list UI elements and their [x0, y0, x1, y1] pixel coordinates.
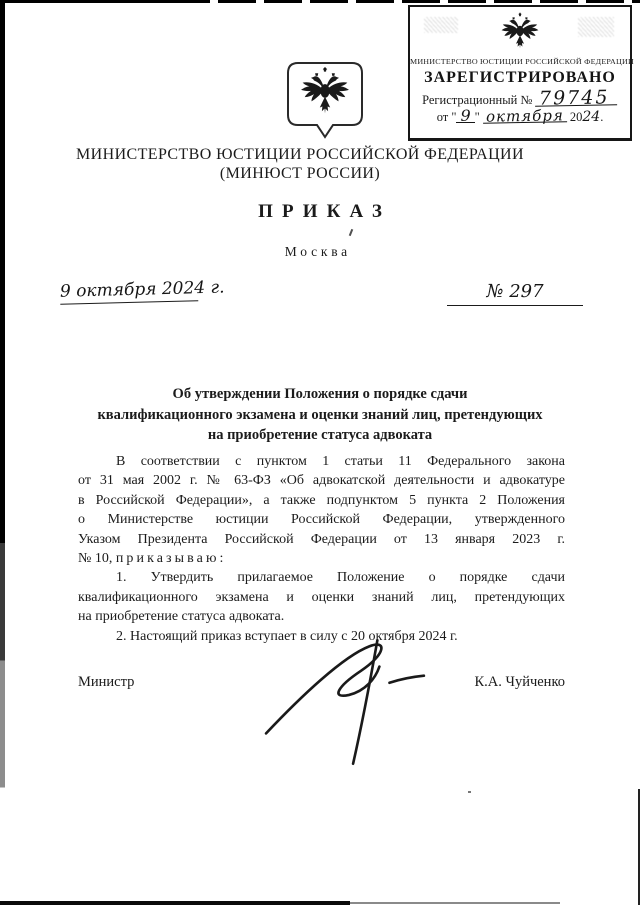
paragraph-1-line: от 31 мая 2002 г. № 63-ФЗ «Об адвокатско… — [78, 471, 565, 490]
shield-eagle-icon — [286, 61, 364, 143]
stamp-ministry-line: МИНИСТЕРСТВО ЮСТИЦИИ РОССИЙСКОЙ ФЕДЕРАЦИ… — [410, 57, 630, 66]
ministry-name: МИНИСТЕРСТВО ЮСТИЦИИ РОССИЙСКОЙ ФЕДЕРАЦИ… — [0, 146, 600, 165]
stamp-date-period: . — [600, 110, 603, 124]
scan-edge-bottom-light — [350, 902, 560, 904]
signer-name: К.А. Чуйченко — [475, 674, 566, 691]
paragraph-1-line: о Министерстве юстиции Российской Федера… — [78, 510, 565, 529]
stamp-reg-number-handwritten: 79745 — [535, 90, 618, 106]
stamp-date-year-handwritten: 24 — [582, 109, 600, 125]
order-body: В соответствии с пунктом 1 статьи 11 Фед… — [78, 452, 565, 646]
paragraph-1-last-line: № 10, приказываю: — [78, 549, 565, 568]
stamp-date-quote: " — [475, 110, 480, 124]
scan-edge-top-dashes — [172, 0, 640, 3]
scan-edge-left — [0, 0, 5, 905]
order-title-line2: квалификационного экзамена и оценки знан… — [0, 405, 640, 426]
scan-speck — [468, 791, 471, 793]
ministry-short-name: (МИНЮСТ РОССИИ) — [0, 165, 600, 184]
handwritten-number: № 297 — [447, 281, 583, 306]
paragraph-2-line: квалификационного экзамена и оценки знан… — [78, 588, 565, 607]
handwritten-date: 9 октября 2024 г. — [60, 278, 199, 305]
order-title-line3: на приобретение статуса адвоката — [0, 425, 640, 446]
coat-of-arms-emblem — [286, 61, 364, 143]
paragraph-2-last-line: на приобретение статуса адвоката. — [78, 607, 565, 626]
city-label: Москва — [0, 244, 632, 260]
paragraph-2-line: 1. Утвердить прилагаемое Положение о пор… — [78, 568, 565, 587]
registration-stamp: МИНИСТЕРСТВО ЮСТИЦИИ РОССИЙСКОЙ ФЕДЕРАЦИ… — [408, 5, 632, 141]
stamp-date: от "9" октября 2024. — [410, 109, 630, 125]
stamp-date-day-handwritten: 9 — [456, 110, 474, 123]
stamp-smudge-left — [424, 17, 458, 33]
stamp-date-year-printed: 20 — [570, 110, 583, 124]
stamp-date-prefix: от " — [437, 110, 457, 124]
scanned-order-document: МИНИСТЕРСТВО ЮСТИЦИИ РОССИЙСКОЙ ФЕДЕРАЦИ… — [0, 0, 640, 905]
signer-role: Министр — [78, 674, 134, 691]
scan-edge-top — [0, 0, 172, 3]
order-verb-emphasis: приказываю: — [116, 551, 227, 566]
stamp-date-month-handwritten: октября — [483, 109, 567, 123]
paragraph-1-line: В соответствии с пунктом 1 статьи 11 Фед… — [78, 452, 565, 471]
paragraph-1-number-ref: № 10, — [78, 551, 112, 566]
order-title-line1: Об утверждении Положения о порядке сдачи — [0, 384, 640, 405]
stamp-registered-label: ЗАРЕГИСТРИРОВАНО — [410, 69, 630, 87]
scan-tick-mark — [349, 229, 353, 236]
stamp-reg-label: Регистрационный № — [422, 93, 532, 107]
stamp-registration-number: Регистрационный № 79745 — [410, 91, 630, 108]
stamp-smudge-right — [578, 17, 614, 37]
scan-edge-bottom — [0, 901, 350, 905]
paragraph-1-line: Указом Президента Российской Федерации о… — [78, 530, 565, 549]
letterhead: МИНИСТЕРСТВО ЮСТИЦИИ РОССИЙСКОЙ ФЕДЕРАЦИ… — [0, 146, 600, 183]
paragraph-1-line: в Российской Федерации», а также подпунк… — [78, 491, 565, 510]
minister-signature — [260, 634, 432, 766]
document-type-title: ПРИКАЗ — [0, 201, 640, 223]
order-title: Об утверждении Положения о порядке сдачи… — [0, 384, 640, 446]
